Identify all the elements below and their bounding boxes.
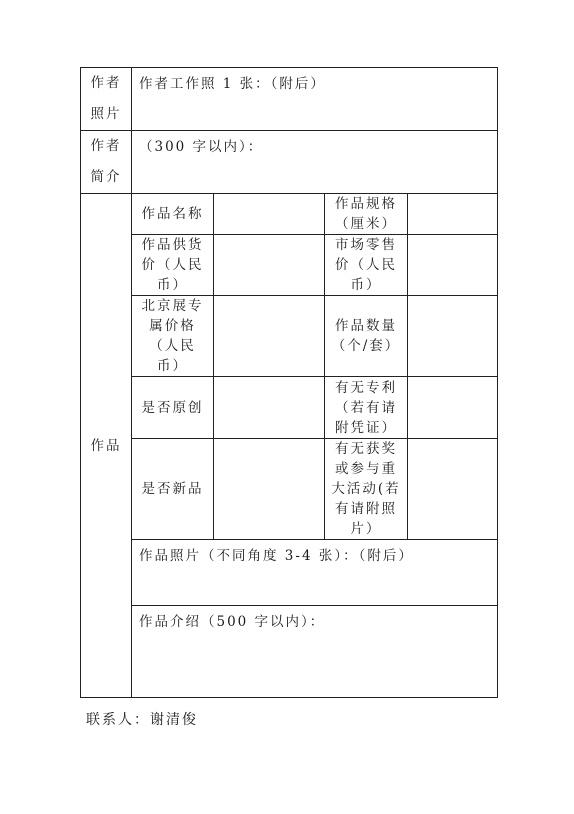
supply-price-label: 作品供货价（人民币） xyxy=(132,235,214,296)
works-section-label: 作品 xyxy=(81,194,132,698)
work-name-label: 作品名称 xyxy=(132,194,214,235)
author-photo-row: 作者 照片 作者工作照 1 张：（附后） xyxy=(81,68,498,131)
work-size-label: 作品规格（厘米） xyxy=(325,194,408,235)
work-quantity-field[interactable] xyxy=(408,296,498,377)
work-size-field[interactable] xyxy=(408,194,498,235)
author-bio-field[interactable]: （300 字以内）： xyxy=(132,131,498,194)
application-form-page: 作者 照片 作者工作照 1 张：（附后） 作者 简介 （300 字以内）： 作品… xyxy=(0,0,574,814)
work-intro-row: 作品介绍（500 字以内）： xyxy=(81,606,498,698)
author-bio-label: 作者 简介 xyxy=(81,131,132,194)
author-photo-field[interactable]: 作者工作照 1 张：（附后） xyxy=(132,68,498,131)
work-photos-row: 作品照片（不同角度 3-4 张）：（附后） xyxy=(81,540,498,606)
awards-field[interactable] xyxy=(408,439,498,540)
is-new-label: 是否新品 xyxy=(132,439,214,540)
beijing-price-field[interactable] xyxy=(214,296,325,377)
work-name-field[interactable] xyxy=(214,194,325,235)
work-quantity-label: 作品数量（个/套） xyxy=(325,296,408,377)
retail-price-label: 市场零售价（人民币） xyxy=(325,235,408,296)
work-row-5: 是否新品 有无获奖或参与重大活动(若有请附照片） xyxy=(81,439,498,540)
patent-label: 有无专利（若有请附凭证） xyxy=(325,377,408,439)
work-row-4: 是否原创 有无专利（若有请附凭证） xyxy=(81,377,498,439)
author-bio-row: 作者 简介 （300 字以内）： xyxy=(81,131,498,194)
supply-price-field[interactable] xyxy=(214,235,325,296)
work-row-1: 作品 作品名称 作品规格（厘米） xyxy=(81,194,498,235)
is-original-field[interactable] xyxy=(214,377,325,439)
is-original-label: 是否原创 xyxy=(132,377,214,439)
application-form-table: 作者 照片 作者工作照 1 张：（附后） 作者 简介 （300 字以内）： 作品… xyxy=(80,67,498,698)
work-photos-instruction: 作品照片（不同角度 3-4 张）：（附后） xyxy=(139,548,414,564)
work-intro-field[interactable]: 作品介绍（500 字以内）： xyxy=(132,606,498,698)
awards-label: 有无获奖或参与重大活动(若有请附照片） xyxy=(325,439,408,540)
is-new-field[interactable] xyxy=(214,439,325,540)
work-row-3: 北京展专属价格（人民币） 作品数量（个/套） xyxy=(81,296,498,377)
contact-person: 联系人：谢清俊 xyxy=(86,709,198,729)
author-photo-instruction: 作者工作照 1 张：（附后） xyxy=(139,76,326,92)
retail-price-field[interactable] xyxy=(408,235,498,296)
author-bio-instruction: （300 字以内）： xyxy=(139,139,263,155)
work-intro-instruction: 作品介绍（500 字以内）： xyxy=(139,614,325,630)
patent-field[interactable] xyxy=(408,377,498,439)
work-row-2: 作品供货价（人民币） 市场零售价（人民币） xyxy=(81,235,498,296)
author-photo-label: 作者 照片 xyxy=(81,68,132,131)
beijing-price-label: 北京展专属价格（人民币） xyxy=(132,296,214,377)
work-photos-field[interactable]: 作品照片（不同角度 3-4 张）：（附后） xyxy=(132,540,498,606)
